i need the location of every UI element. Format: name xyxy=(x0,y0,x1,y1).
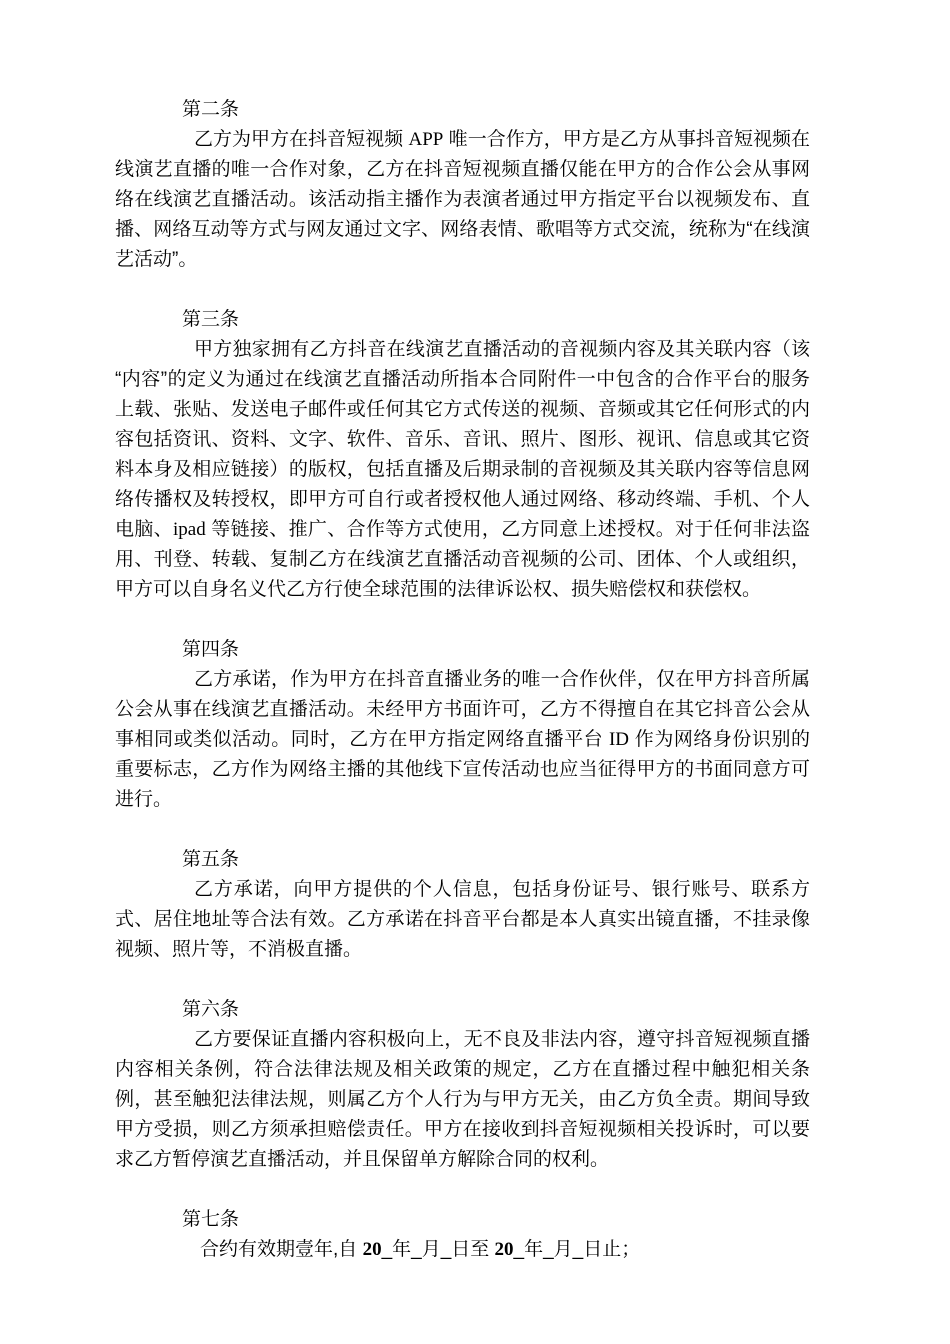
body-text-segment: 乙方为甲方在抖音短视频 xyxy=(194,129,409,150)
contract-start-year-number: 20 xyxy=(363,1239,382,1260)
article-2-body: 乙方为甲方在抖音短视频 APP 唯一合作方，甲方是乙方从事抖音短视频在线演艺直播… xyxy=(115,125,810,275)
body-text-segment: 等链接、推广、合作等方式使用，乙方同意上述授权。对于任何非法盗用、刊登、转载、复… xyxy=(115,519,810,600)
article-5-body: 乙方承诺，向甲方提供的个人信息，包括身份证号、银行账号、联系方式、居住地址等合法… xyxy=(115,875,810,965)
body-text-segment: _年_月_日止； xyxy=(514,1239,641,1260)
article-5-heading: 第五条 xyxy=(115,845,810,875)
body-text-segment: 合约有效期壹年,自 xyxy=(200,1239,363,1260)
article-3: 第三条 甲方独家拥有乙方抖音在线演艺直播活动的音视频内容及其关联内容（该“内容”… xyxy=(115,305,810,605)
contract-page: 第二条 乙方为甲方在抖音短视频 APP 唯一合作方，甲方是乙方从事抖音短视频在线… xyxy=(0,0,950,1265)
body-text-segment: 乙方承诺，向甲方提供的个人信息，包括身份证号、银行账号、联系方式、居住地址等合法… xyxy=(115,879,810,960)
article-4-heading: 第四条 xyxy=(115,635,810,665)
latin-text-app: APP xyxy=(409,129,444,150)
article-7: 第七条 合约有效期壹年,自 20_年_月_日至 20_年_月_日止； xyxy=(115,1205,810,1265)
article-heading-text: 第四条 xyxy=(182,639,239,660)
article-5: 第五条 乙方承诺，向甲方提供的个人信息，包括身份证号、银行账号、联系方式、居住地… xyxy=(115,845,810,965)
contract-end-year-number: 20 xyxy=(495,1239,514,1260)
article-6-heading: 第六条 xyxy=(115,995,810,1025)
article-heading-text: 第五条 xyxy=(182,849,239,870)
article-heading-text: 第二条 xyxy=(182,99,239,120)
article-2-heading: 第二条 xyxy=(115,95,810,125)
latin-text-id: ID xyxy=(609,729,629,750)
article-4-body: 乙方承诺，作为甲方在抖音直播业务的唯一合作伙伴，仅在甲方抖音所属公会从事在线演艺… xyxy=(115,665,810,815)
body-text-segment: 甲方独家拥有乙方抖音在线演艺直播活动的音视频内容及其关联内容（该“内容”的定义为… xyxy=(115,339,810,540)
article-3-body: 甲方独家拥有乙方抖音在线演艺直播活动的音视频内容及其关联内容（该“内容”的定义为… xyxy=(115,335,810,605)
article-7-heading: 第七条 xyxy=(115,1205,810,1235)
article-2: 第二条 乙方为甲方在抖音短视频 APP 唯一合作方，甲方是乙方从事抖音短视频在线… xyxy=(115,95,810,275)
article-3-heading: 第三条 xyxy=(115,305,810,335)
article-heading-text: 第六条 xyxy=(182,999,239,1020)
article-heading-text: 第七条 xyxy=(182,1209,239,1230)
article-6-body: 乙方要保证直播内容积极向上，无不良及非法内容，遵守抖音短视频直播内容相关条例，符… xyxy=(115,1025,810,1175)
article-6: 第六条 乙方要保证直播内容积极向上，无不良及非法内容，遵守抖音短视频直播内容相关… xyxy=(115,995,810,1175)
latin-text-ipad: ipad xyxy=(173,519,206,540)
article-4: 第四条 乙方承诺，作为甲方在抖音直播业务的唯一合作伙伴，仅在甲方抖音所属公会从事… xyxy=(115,635,810,815)
body-text-segment: 乙方要保证直播内容积极向上，无不良及非法内容，遵守抖音短视频直播内容相关条例，符… xyxy=(115,1029,810,1170)
body-text-segment: _年_月_日至 xyxy=(382,1239,495,1260)
article-heading-text: 第三条 xyxy=(182,309,239,330)
body-text-segment: 唯一合作方，甲方是乙方从事抖音短视频在线演艺直播的唯一合作对象，乙方在抖音短视频… xyxy=(115,129,810,270)
article-7-body: 合约有效期壹年,自 20_年_月_日至 20_年_月_日止； xyxy=(115,1235,810,1265)
